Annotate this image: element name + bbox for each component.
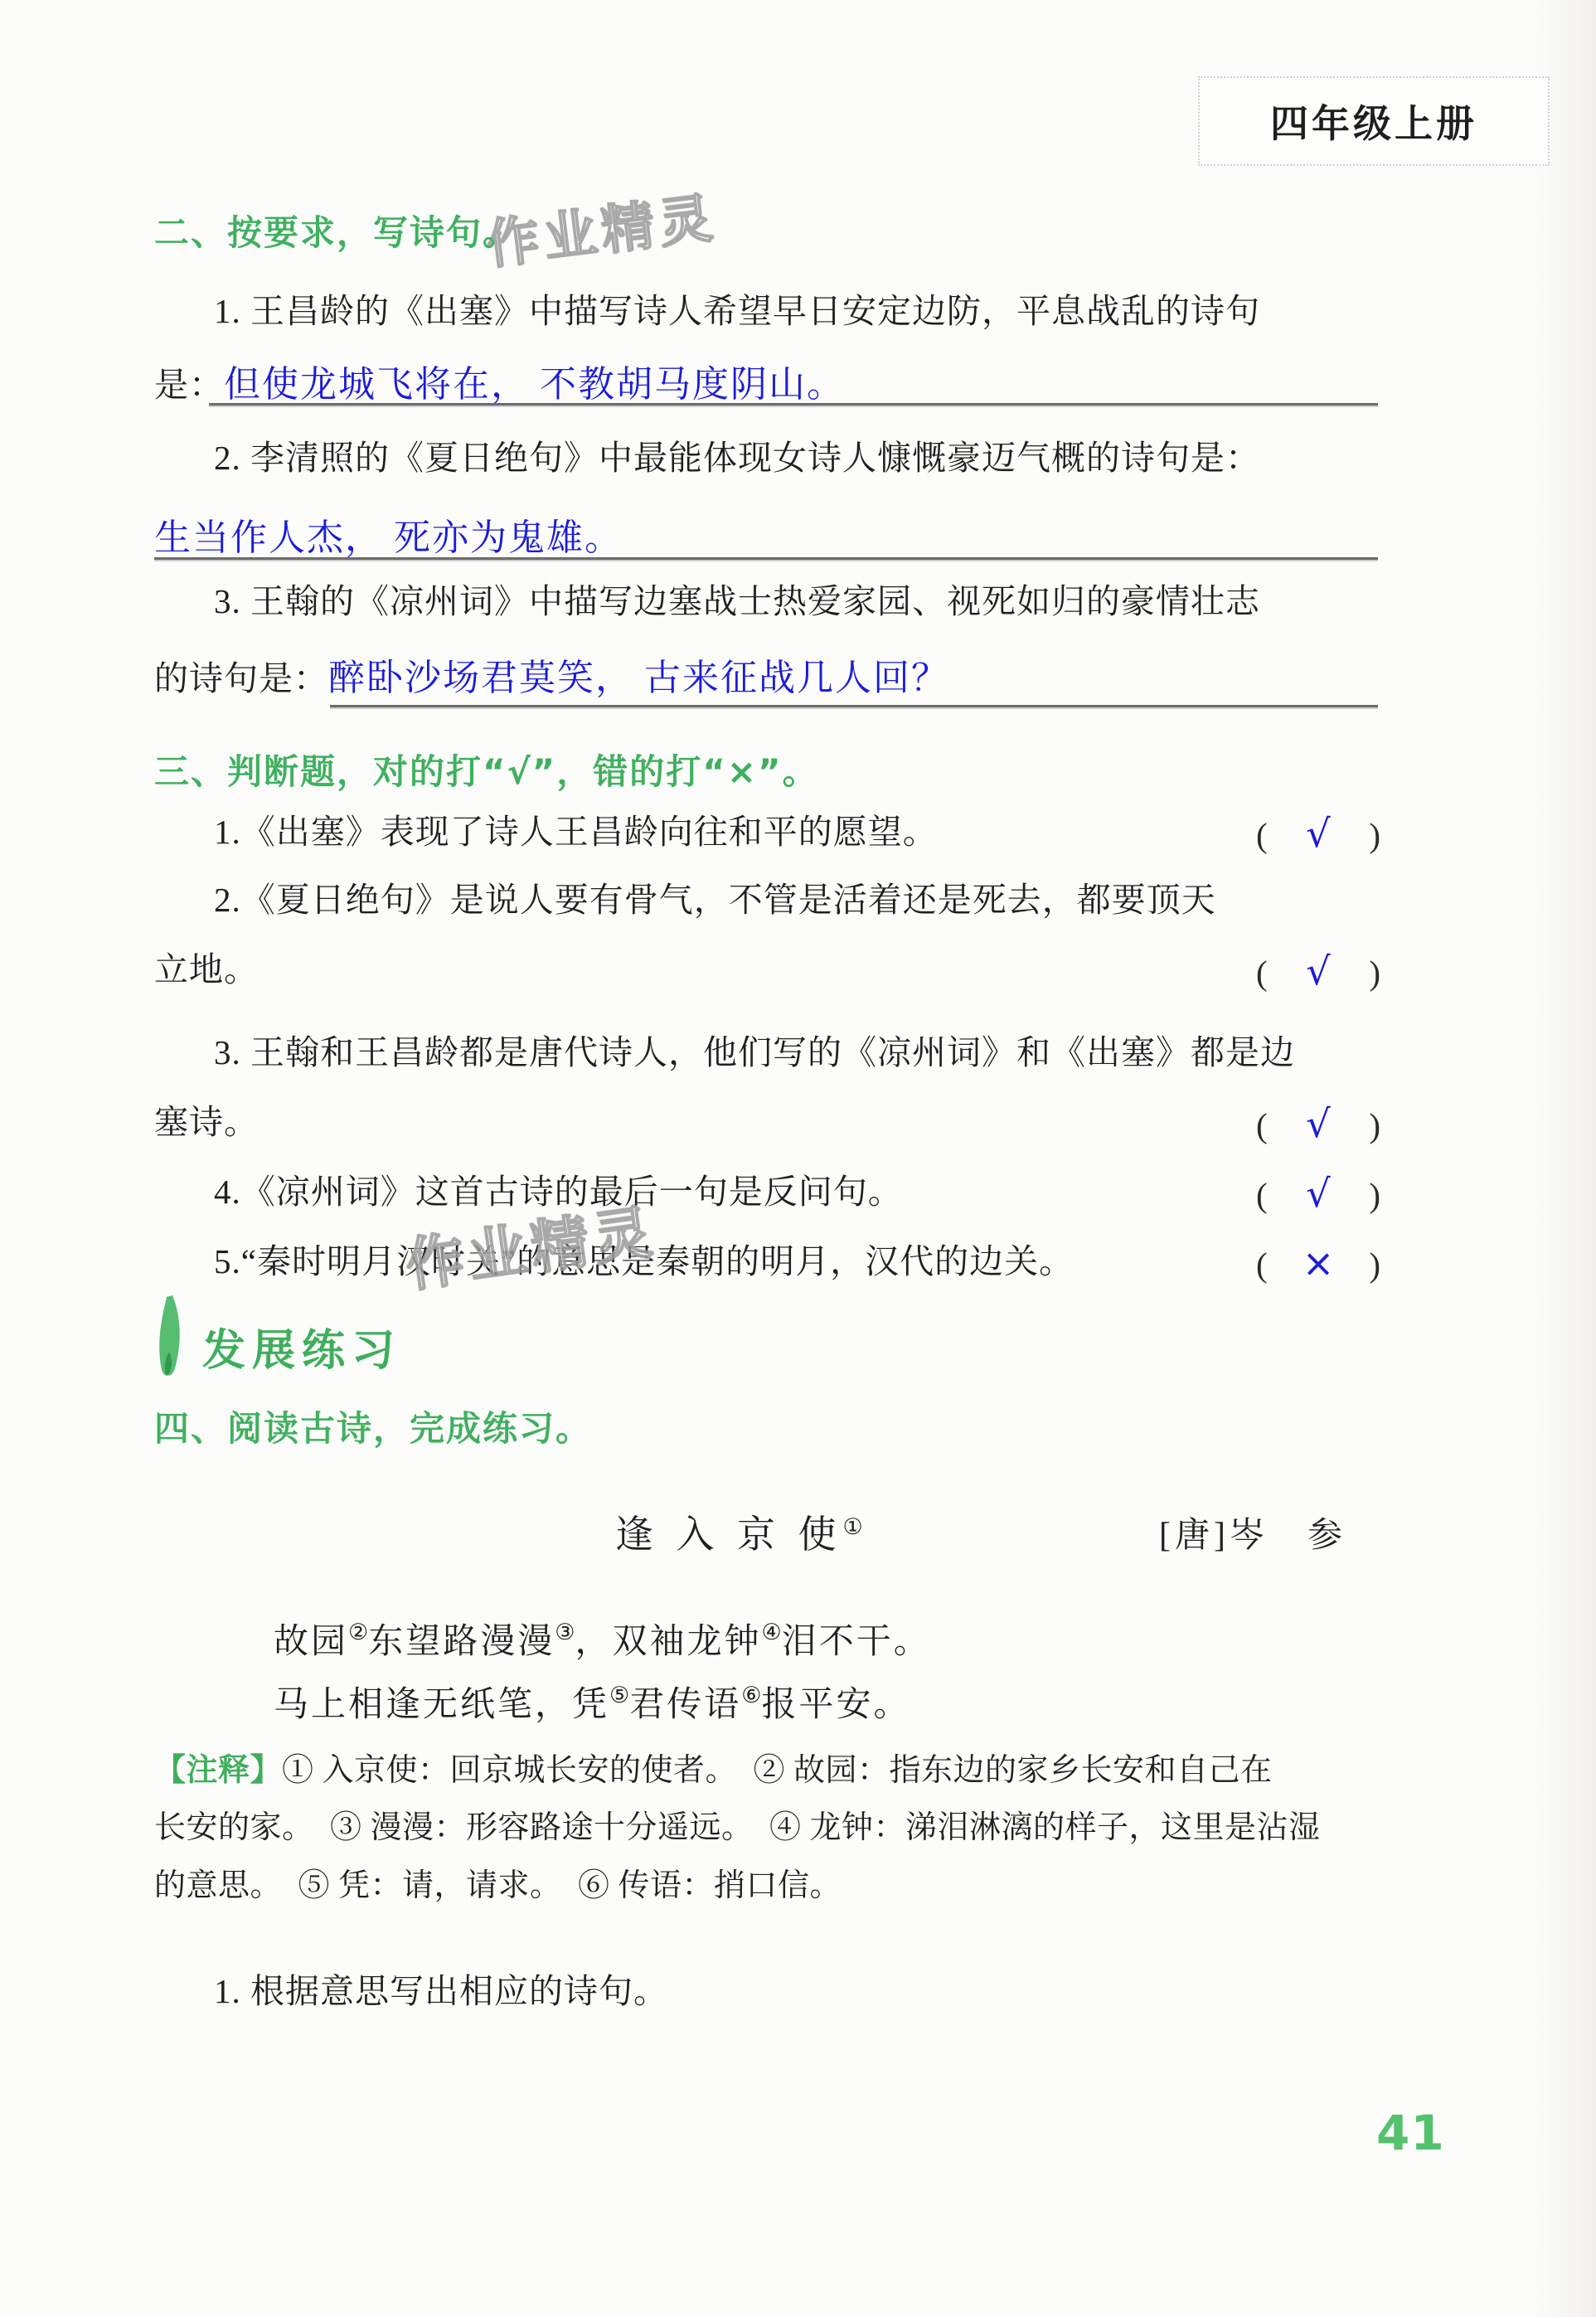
poem-text: 东望路漫漫 xyxy=(368,1623,555,1661)
banner-brush xyxy=(148,1294,196,1384)
poem-text: 泪不干。 xyxy=(782,1623,931,1661)
poem-title-text: 逢 入 京 使 xyxy=(615,1513,843,1556)
paren-close: ) xyxy=(1369,1245,1380,1285)
section3-item2-line1: 2.《夏日绝句》是说人要有骨气，不管是活着还是死去，都要顶天 xyxy=(214,879,1216,921)
section2-q3-line2: 的诗句是：醉卧沙场君莫笑， 古来征战几人回？ xyxy=(154,655,949,701)
item4-judgement: ( √ ) xyxy=(1256,1171,1380,1216)
item3-check-mark: √ xyxy=(1306,1101,1330,1146)
item1-judgement: ( √ ) xyxy=(1256,811,1380,856)
section4-title: 四、阅读古诗，完成练习。 xyxy=(154,1401,592,1451)
poem-line-1: 故园②东望路漫漫③，双袖龙钟④泪不干。 xyxy=(274,1614,931,1664)
section2-q2-line1: 2. 李清照的《夏日绝句》中最能体现女诗人慷慨豪迈气概的诗句是： xyxy=(214,437,1260,479)
poem-title-footnote-marker: ① xyxy=(843,1514,863,1539)
development-banner-title: 发展练习 xyxy=(202,1315,401,1377)
paren-open: ( xyxy=(1256,1175,1268,1215)
brush-icon xyxy=(148,1294,196,1380)
notes-text: ① 入京使：回京城长安的使者。 ② 故园：指东边的家乡长安和自己在 xyxy=(282,1753,1273,1788)
workbook-page: 四年级上册 作业精灵 二、按要求，写诗句。 1. 王昌龄的《出塞》中描写诗人希望… xyxy=(0,0,1596,2317)
section3-title: 三、判断题，对的打“√”，错的打“×”。 xyxy=(154,745,819,794)
q3-answer-line xyxy=(330,705,1378,707)
notes-line-2: 长安的家。 ③ 漫漫：形容路途十分遥远。 ④ 龙钟：涕泪淋漓的样子，这里是沾湿 xyxy=(154,1809,1321,1848)
q1-answer-prefix: 是： xyxy=(154,366,224,404)
item5-judgement: ( × ) xyxy=(1256,1241,1380,1285)
q2-handwritten-answer: 生当作人杰， 死亦为鬼雄。 xyxy=(154,508,623,561)
paren-close: ) xyxy=(1369,1105,1380,1145)
footnote-marker: ④ xyxy=(761,1620,781,1644)
paren-open: ( xyxy=(1256,953,1268,993)
q2-answer-line xyxy=(154,557,1378,560)
section2-q3-line1: 3. 王翰的《凉州词》中描写边塞战士热爱家园、视死如归的豪情壮志 xyxy=(214,580,1260,623)
section3-item2-line2: 立地。 xyxy=(154,949,259,991)
section2-title: 二、按要求，写诗句。 xyxy=(154,206,519,255)
paren-open: ( xyxy=(1256,815,1268,855)
q3-handwritten-answer: 醉卧沙场君莫笑， 古来征战几人回？ xyxy=(328,658,949,698)
grade-header-tab: 四年级上册 xyxy=(1198,76,1550,166)
poem-text: 报平安。 xyxy=(761,1686,910,1724)
footnote-marker: ③ xyxy=(555,1620,575,1644)
footnote-marker: ⑤ xyxy=(609,1683,629,1707)
section3-item1: 1.《出塞》表现了诗人王昌龄向往和平的愿望。 xyxy=(214,811,938,853)
section2-q1-line2: 是：但使龙城飞将在， 不教胡马度阴山。 xyxy=(154,362,845,407)
item3-judgement: ( √ ) xyxy=(1256,1101,1380,1146)
item4-check-mark: √ xyxy=(1306,1171,1330,1216)
item2-check-mark: √ xyxy=(1306,949,1330,993)
poem-title: 逢 入 京 使① xyxy=(615,1504,863,1559)
notes-line-3: 的意思。 ⑤ 凭：请，请求。 ⑥ 传语：捎口信。 xyxy=(154,1868,842,1906)
poem-author: [唐]岑 参 xyxy=(1159,1508,1346,1557)
paren-open: ( xyxy=(1256,1245,1268,1285)
notes-line-1: 【注释】① 入京使：回京城长安的使者。 ② 故园：指东边的家乡长安和自己在 xyxy=(154,1751,1273,1790)
item1-check-mark: √ xyxy=(1306,811,1330,856)
poem-text: 故园 xyxy=(274,1623,348,1661)
section2-q1-line1: 1. 王昌龄的《出塞》中描写诗人希望早日安定边防，平息战乱的诗句 xyxy=(214,290,1260,333)
poem-text: ，双袖龙钟 xyxy=(575,1623,761,1661)
q3-answer-prefix: 的诗句是： xyxy=(154,659,328,697)
page-number: 41 xyxy=(1376,2105,1445,2161)
paren-open: ( xyxy=(1256,1105,1268,1145)
item2-judgement: ( √ ) xyxy=(1256,949,1380,993)
poem-text: 君传语 xyxy=(629,1686,741,1724)
paren-close: ) xyxy=(1369,953,1380,993)
q1-handwritten-answer: 但使龙城飞将在， 不教胡马度阴山。 xyxy=(224,364,845,405)
section4-question-1: 1. 根据意思写出相应的诗句。 xyxy=(214,1970,668,2013)
footnote-marker: ⑥ xyxy=(741,1683,761,1707)
section3-item3-line1: 3. 王翰和王昌龄都是唐代诗人，他们写的《凉州词》和《出塞》都是边 xyxy=(214,1032,1295,1074)
paren-close: ) xyxy=(1369,1175,1380,1215)
notes-label: 【注释】 xyxy=(154,1751,282,1788)
q1-answer-line xyxy=(209,403,1378,406)
poem-line-2: 马上相逢无纸笔，凭⑤君传语⑥报平安。 xyxy=(274,1677,910,1727)
poem-text: 马上相逢无纸笔，凭 xyxy=(274,1686,609,1724)
item5-cross-mark: × xyxy=(1303,1241,1335,1285)
footnote-marker: ② xyxy=(348,1620,368,1644)
section3-item3-line2: 塞诗。 xyxy=(154,1101,259,1144)
grade-label: 四年级上册 xyxy=(1270,94,1477,148)
paren-close: ) xyxy=(1369,815,1380,855)
